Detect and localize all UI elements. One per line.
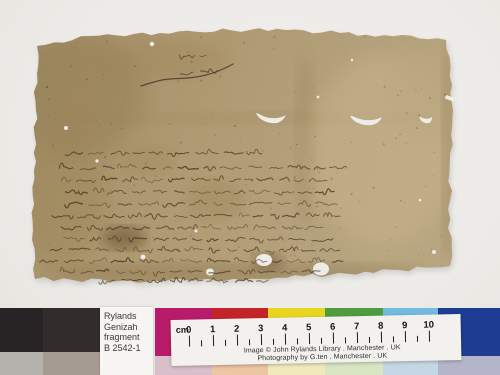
speck <box>333 159 335 161</box>
fragment-id-label: Rylands Genizah fragment B 2542-1 <box>100 307 153 375</box>
speck <box>262 150 264 152</box>
speck <box>423 186 424 187</box>
speck <box>391 239 393 241</box>
ruler-tick-minor <box>345 337 346 343</box>
speck <box>161 158 162 159</box>
speck <box>200 80 202 82</box>
speck <box>119 258 121 260</box>
photo-stage: Rylands Genizah fragment B 2542-1 cm 012… <box>0 0 500 375</box>
ruler-tick-minor <box>321 338 322 344</box>
speck <box>273 48 275 50</box>
ruler-number-1: 1 <box>205 324 221 335</box>
tear-hole <box>150 42 154 46</box>
speck <box>314 135 316 137</box>
speck <box>190 235 192 237</box>
speck <box>330 219 331 220</box>
speck <box>178 81 180 83</box>
speck <box>96 121 97 122</box>
ruler-number-7: 7 <box>349 321 365 332</box>
speck <box>376 84 377 85</box>
speck <box>290 147 292 149</box>
speck <box>406 143 407 144</box>
speck <box>123 100 125 102</box>
speck <box>249 43 250 44</box>
speck <box>406 112 408 114</box>
speck <box>388 250 389 251</box>
tear-hole <box>195 230 198 233</box>
speck <box>214 135 216 137</box>
stain <box>110 42 230 78</box>
speck <box>442 272 444 274</box>
speck <box>170 37 171 38</box>
ruler-tick-minor <box>417 336 418 342</box>
ruler-tick-major <box>189 336 190 347</box>
speck <box>341 208 342 209</box>
speck <box>191 61 193 63</box>
speck <box>169 123 170 124</box>
speck <box>337 172 338 173</box>
speck <box>416 127 418 129</box>
ruler-tick-minor <box>249 339 250 345</box>
ruler-tick-minor <box>201 340 202 346</box>
manuscript-fragment <box>0 0 500 310</box>
speck <box>415 90 416 91</box>
speck <box>202 119 203 120</box>
speck <box>371 72 372 73</box>
speck <box>180 141 182 143</box>
speck <box>121 128 123 130</box>
ruler-number-0: 0 <box>181 324 197 335</box>
speck <box>373 187 375 189</box>
speck <box>106 194 108 196</box>
ruler-number-4: 4 <box>277 322 293 333</box>
speck <box>134 184 135 185</box>
speck <box>432 175 433 176</box>
speck <box>43 129 44 130</box>
gray-patch-gray-light <box>0 352 43 375</box>
speck <box>433 152 434 153</box>
tear-hole <box>313 263 329 276</box>
speck <box>236 223 237 224</box>
ruler-tick-major <box>405 331 406 342</box>
speck <box>435 273 437 275</box>
gray-patch-black-warm <box>43 308 100 352</box>
stain <box>15 140 105 260</box>
speck <box>90 33 91 34</box>
speck <box>431 248 433 250</box>
speck <box>400 200 402 202</box>
ruler-tick-major <box>381 332 382 343</box>
ruler-tick-minor <box>273 339 274 345</box>
speck <box>418 254 419 255</box>
speck <box>145 162 147 164</box>
label-line-2: Genizah <box>100 322 153 333</box>
speck <box>203 125 204 126</box>
speck <box>188 51 189 52</box>
cm-ruler: cm 012345678910 Image © John Rylands Lib… <box>171 314 462 366</box>
speck <box>70 65 72 67</box>
speck <box>404 202 405 203</box>
speck <box>270 207 272 209</box>
speck <box>73 269 75 271</box>
ruler-tick-minor <box>393 336 394 342</box>
stain <box>185 180 245 220</box>
speck <box>58 123 59 124</box>
label-line-1: Rylands <box>100 307 153 322</box>
speck <box>313 188 314 189</box>
speck <box>48 98 50 100</box>
speck <box>86 79 88 81</box>
tear-hole <box>317 96 320 99</box>
speck <box>395 226 397 228</box>
ruler-tick-major <box>309 333 310 344</box>
speck <box>99 124 101 126</box>
speck <box>238 246 240 248</box>
ruler-tick-minor <box>369 337 370 343</box>
speck <box>295 91 297 93</box>
speck <box>243 42 245 44</box>
speck <box>175 220 177 222</box>
speck <box>399 134 400 135</box>
speck <box>311 159 313 161</box>
ruler-tick-major <box>333 333 334 344</box>
speck <box>52 145 54 147</box>
speck <box>278 133 280 135</box>
tear-hole <box>141 255 146 260</box>
speck <box>331 178 333 180</box>
ruler-number-3: 3 <box>253 323 269 334</box>
speck <box>339 228 340 229</box>
speck <box>211 114 212 115</box>
speck <box>426 186 427 187</box>
ruler-tick-minor <box>297 338 298 344</box>
speck <box>110 190 112 192</box>
speck <box>245 184 247 186</box>
speck <box>49 243 50 244</box>
speck <box>152 236 154 238</box>
ruler-tick-major <box>261 334 262 345</box>
speck <box>318 171 320 173</box>
ruler-tick-major <box>357 332 358 343</box>
speck <box>383 143 385 145</box>
speck <box>311 244 312 245</box>
speck <box>219 75 221 77</box>
label-line-4: B 2542-1 <box>100 343 153 354</box>
stain <box>390 40 470 140</box>
speck <box>261 148 262 149</box>
speck <box>266 83 267 84</box>
ruler-tick-major <box>429 331 430 342</box>
speck <box>104 156 106 158</box>
speck <box>74 47 75 48</box>
ruler-number-6: 6 <box>325 321 341 332</box>
speck <box>110 122 112 124</box>
label-line-3: fragment <box>100 332 153 343</box>
speck <box>358 201 360 203</box>
speck <box>46 86 48 88</box>
speck <box>240 141 242 143</box>
speck <box>384 86 386 88</box>
ruler-number-10: 10 <box>421 319 437 330</box>
ruler-number-5: 5 <box>301 322 317 333</box>
speck <box>148 67 149 68</box>
speck <box>128 137 129 138</box>
speck <box>279 90 280 91</box>
tear-hole <box>95 159 98 162</box>
speck <box>327 206 328 207</box>
tear-hole <box>432 250 436 254</box>
ruler-tick-minor <box>225 340 226 346</box>
speck <box>244 66 245 67</box>
speck <box>344 188 345 189</box>
ruler-number-8: 8 <box>373 320 389 331</box>
speck <box>397 94 399 96</box>
speck <box>251 253 253 255</box>
ruler-number-9: 9 <box>397 320 413 331</box>
speck <box>38 256 39 257</box>
ruler-number-2: 2 <box>229 323 245 334</box>
speck <box>262 229 264 231</box>
speck <box>155 175 156 176</box>
tear-hole <box>351 59 353 61</box>
tear-hole <box>206 269 214 276</box>
speck <box>294 255 296 257</box>
speck <box>412 33 413 34</box>
speck <box>294 176 296 178</box>
speck <box>317 168 319 170</box>
speck <box>441 236 442 237</box>
speck <box>312 87 313 88</box>
ruler-tick-major <box>237 335 238 346</box>
speck <box>212 43 213 44</box>
speck <box>407 222 408 223</box>
speck <box>234 125 236 127</box>
speck <box>429 97 431 99</box>
ruler-tick-major <box>285 334 286 345</box>
tear-hole <box>64 126 68 130</box>
speck <box>186 37 187 38</box>
gray-patch-gray-taupe <box>43 352 100 375</box>
speck <box>254 276 255 277</box>
speck <box>290 245 292 247</box>
speck <box>48 116 49 117</box>
speck <box>351 193 353 195</box>
ruler-tick-major <box>213 335 214 346</box>
stain <box>125 145 175 175</box>
speck <box>121 180 123 182</box>
speck <box>302 227 304 229</box>
speck <box>351 142 353 144</box>
speck <box>296 144 298 146</box>
speck <box>134 65 136 67</box>
speck <box>244 272 245 273</box>
speck <box>421 88 422 89</box>
speck <box>86 109 87 110</box>
speck <box>197 177 198 178</box>
speck <box>102 74 104 76</box>
speck <box>316 206 318 208</box>
speck <box>106 40 108 42</box>
speck <box>400 91 402 93</box>
speck <box>396 138 398 140</box>
speck <box>291 253 293 255</box>
speck <box>292 191 294 193</box>
speck <box>363 36 365 38</box>
tear-hole <box>419 199 422 202</box>
speck <box>274 36 276 38</box>
gray-patch-black-dark <box>0 308 43 352</box>
speck <box>200 36 202 38</box>
